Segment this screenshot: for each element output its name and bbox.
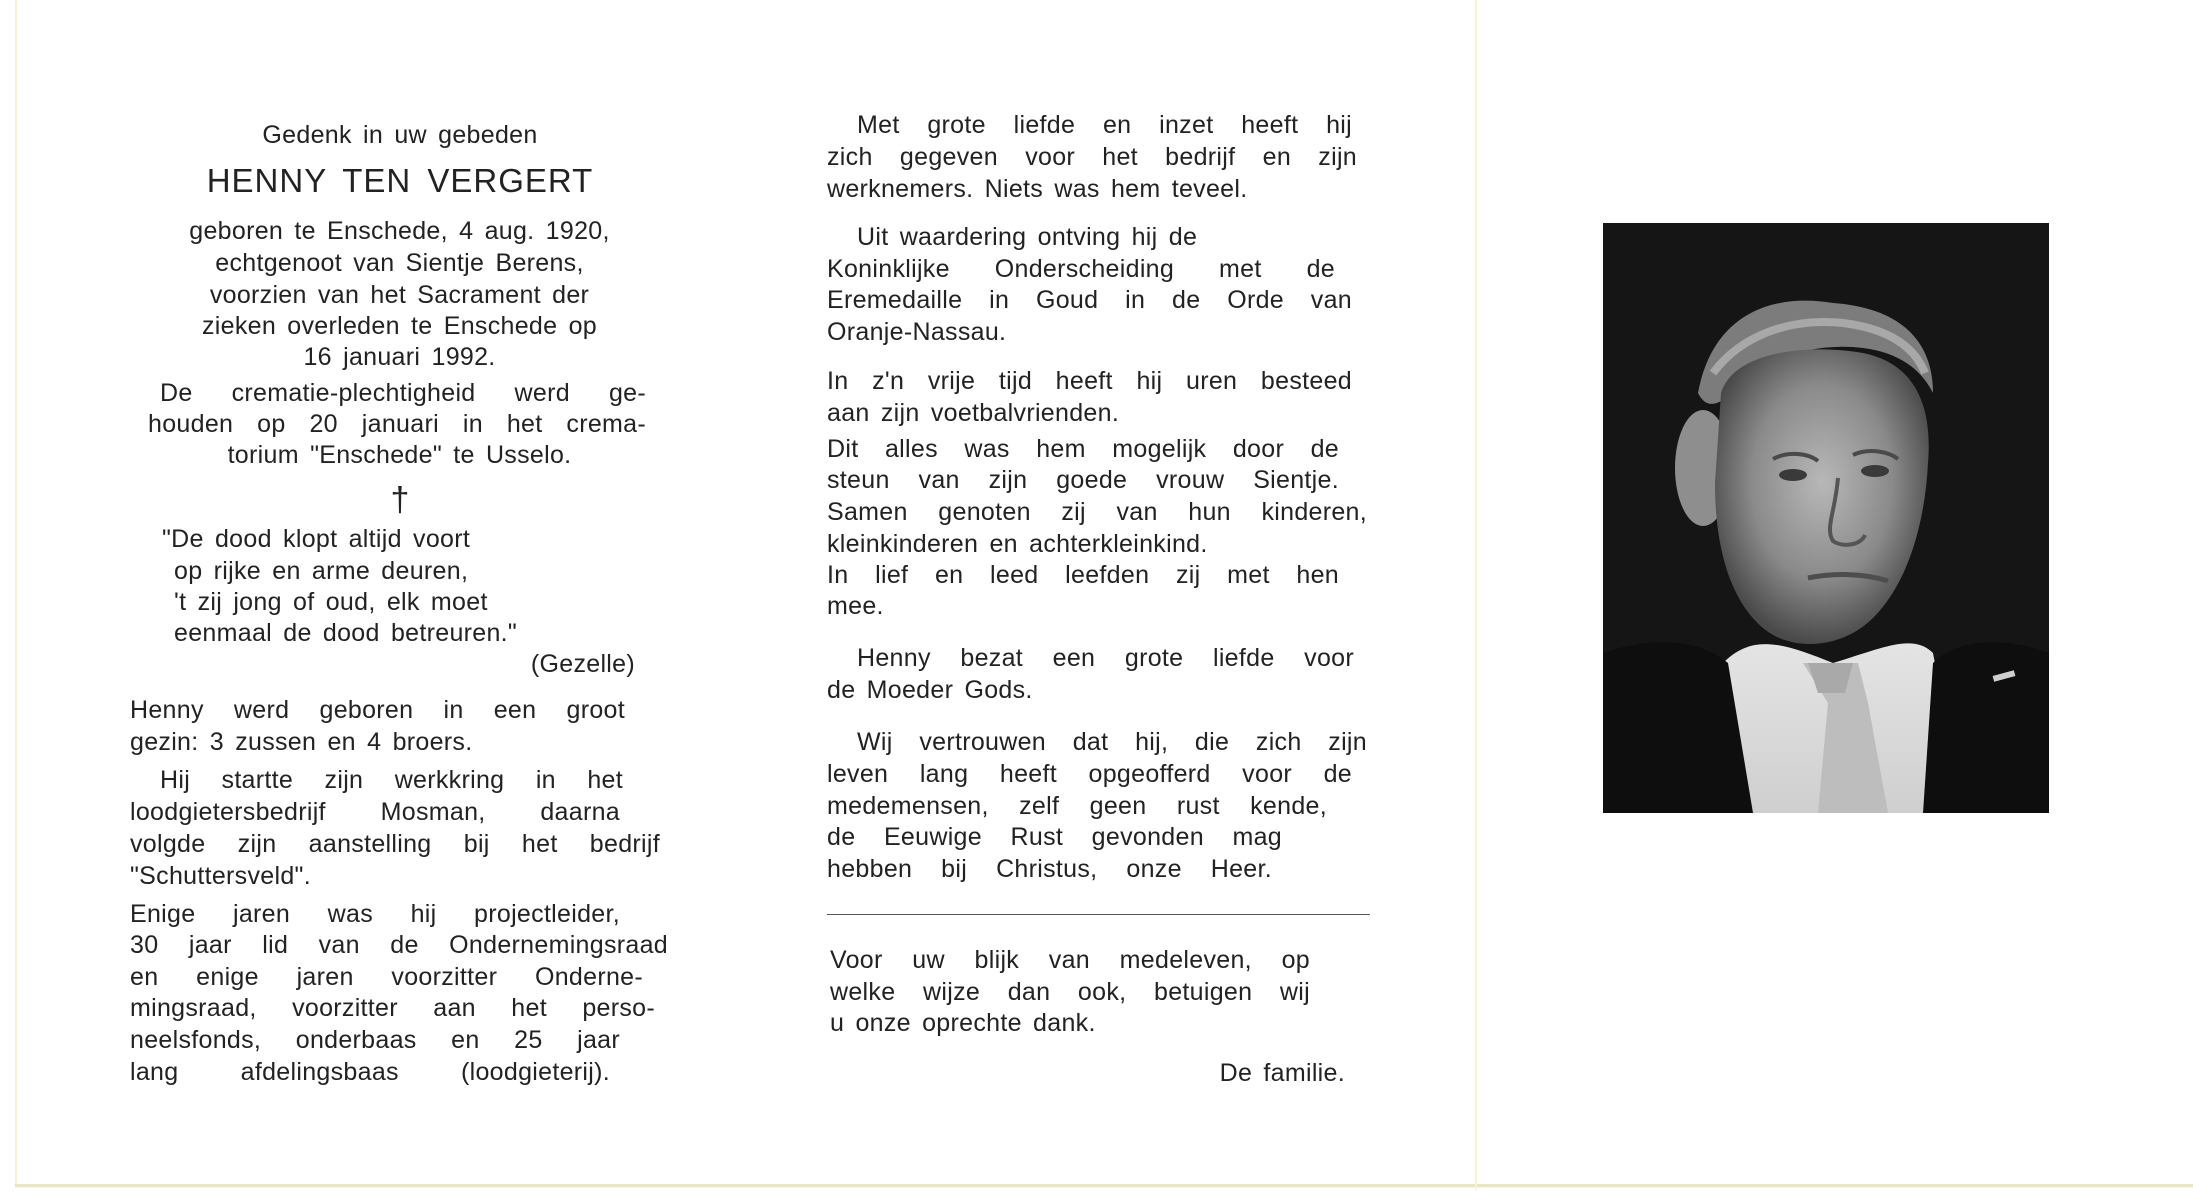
dedication-line: Met grote liefde en inzet heeft hij bbox=[857, 110, 1352, 140]
intro-line: echtgenoot van Sientje Berens, bbox=[157, 248, 642, 278]
quote-line: eenmaal de dood betreuren." bbox=[174, 618, 517, 648]
thanks-line: Voor uw blijk van medeleven, op bbox=[830, 945, 1310, 975]
career-line: volgde zijn aanstelling bij het bedrijf bbox=[130, 829, 660, 859]
heading: Gedenk in uw gebeden bbox=[160, 120, 640, 150]
roles-line: en enige jaren voorzitter Onderne- bbox=[130, 962, 643, 992]
intro-line: 16 januari 1992. bbox=[157, 342, 642, 372]
hobby-line: In z'n vrije tijd heeft hij uren besteed bbox=[827, 366, 1352, 396]
award-line: Koninklijke Onderscheiding met de bbox=[827, 254, 1335, 284]
faith-line: de Moeder Gods. bbox=[827, 675, 1033, 705]
roles-line: 30 jaar lid van de Ondernemingsraad bbox=[130, 930, 668, 960]
award-line: Eremedaille in Goud in de Orde van bbox=[827, 285, 1352, 315]
card-bottom-edge bbox=[15, 1184, 2193, 1188]
signature: De familie. bbox=[1100, 1058, 1345, 1088]
trust-line: leven lang heeft opgeofferd voor de bbox=[827, 759, 1352, 789]
support-line: In lief en leed leefden zij met hen bbox=[827, 560, 1339, 590]
career-line: Hij startte zijn werkkring in het bbox=[160, 765, 623, 795]
support-line: steun van zijn goede vrouw Sientje. bbox=[827, 465, 1339, 495]
career-line: loodgietersbedrijf Mosman, daarna bbox=[130, 797, 620, 827]
support-line: mee. bbox=[827, 591, 884, 621]
roles-line: mingsraad, voorzitter aan het perso- bbox=[130, 993, 655, 1023]
support-line: Dit alles was hem mogelijk door de bbox=[827, 434, 1339, 464]
roles-line: Enige jaren was hij projectleider, bbox=[130, 899, 620, 929]
thanks-line: u onze oprechte dank. bbox=[830, 1008, 1096, 1038]
support-line: Samen genoten zij van hun kinderen, bbox=[827, 497, 1367, 527]
award-line: Oranje-Nassau. bbox=[827, 317, 1006, 347]
quote-author: (Gezelle) bbox=[400, 649, 635, 679]
quote-line: 't zij jong of oud, elk moet bbox=[174, 587, 488, 617]
dedication-line: werknemers. Niets was hem teveel. bbox=[827, 174, 1247, 204]
trust-line: hebben bij Christus, onze Heer. bbox=[827, 854, 1272, 884]
cremation-line: houden op 20 januari in het crema- bbox=[148, 409, 646, 439]
deceased-name: HENNY TEN VERGERT bbox=[160, 162, 640, 200]
trust-line: Wij vertrouwen dat hij, die zich zijn bbox=[857, 727, 1367, 757]
roles-line: neelsfonds, onderbaas en 25 jaar bbox=[130, 1025, 620, 1055]
hobby-line: aan zijn voetbalvrienden. bbox=[827, 398, 1119, 428]
divider-rule bbox=[827, 914, 1370, 915]
family-line: gezin: 3 zussen en 4 broers. bbox=[130, 727, 472, 757]
award-line: Uit waardering ontving hij de bbox=[857, 222, 1197, 252]
quote-line: "De dood klopt altijd voort bbox=[162, 524, 470, 554]
dedication-line: zich gegeven voor het bedrijf en zijn bbox=[827, 142, 1357, 172]
faith-line: Henny bezat een grote liefde voor bbox=[857, 643, 1354, 673]
roles-line: lang afdelingsbaas (loodgieterij). bbox=[130, 1057, 610, 1087]
intro-line: zieken overleden te Enschede op bbox=[157, 311, 642, 341]
intro-line: voorzien van het Sacrament der bbox=[157, 280, 642, 310]
quote-line: op rijke en arme deuren, bbox=[174, 556, 468, 586]
card-fold-line bbox=[1475, 0, 1477, 1190]
cremation-line: torium "Enschede" te Usselo. bbox=[157, 440, 642, 470]
thanks-line: welke wijze dan ook, betuigen wij bbox=[830, 977, 1310, 1007]
career-line: "Schuttersveld". bbox=[130, 861, 311, 891]
portrait-photo bbox=[1603, 223, 2049, 813]
support-line: kleinkinderen en achterkleinkind. bbox=[827, 529, 1208, 559]
portrait-image bbox=[1603, 223, 2049, 813]
trust-line: medemensen, zelf geen rust kende, bbox=[827, 791, 1327, 821]
cremation-line: De crematie-plechtigheid werd ge- bbox=[160, 378, 646, 408]
trust-line: de Eeuwige Rust gevonden mag bbox=[827, 822, 1282, 852]
cross-icon: † bbox=[380, 483, 420, 517]
family-line: Henny werd geboren in een groot bbox=[130, 695, 625, 725]
intro-line: geboren te Enschede, 4 aug. 1920, bbox=[157, 216, 642, 246]
